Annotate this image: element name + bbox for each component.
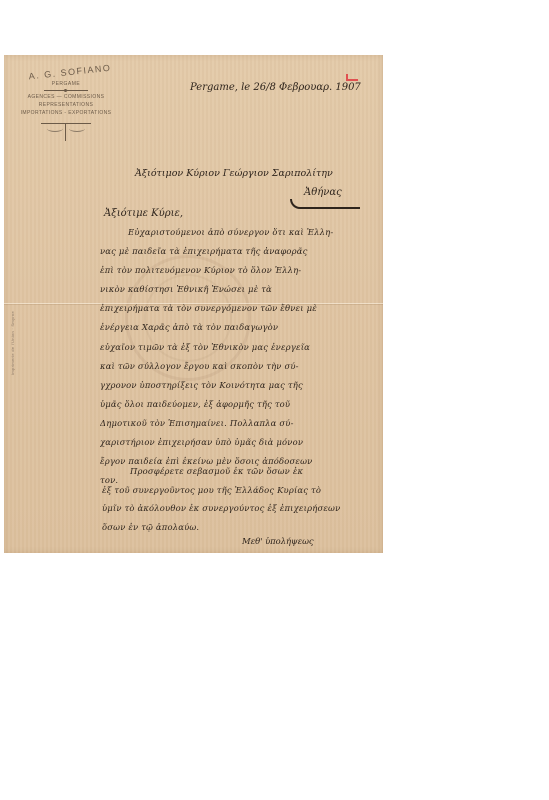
printer-side-note: Imprimerie de l'Union · Smyrne [10,311,15,375]
letterhead-line-3: IMPORTATIONS - EXPORTATIONS [16,109,116,117]
body-line: Δημοτικοῦ τὸν Ἐπισημαίνει. Πολλαπλα σύ- [100,414,380,433]
body-line: χαριστήριον ἐπιχειρήσαν ὑπὸ ὑμᾶς διὰ μόν… [100,433,380,452]
body-line: ἐνέργεια Χαρᾶς ἀπὸ τὰ τὸν παιδαγωγὸν [100,318,380,337]
letterhead-ornament-icon [41,121,91,143]
body-line: ἐπιχειρήματα τὰ τὸν συνεργόμενον τῶν ἔθν… [100,299,380,318]
signature-prefix: Μεθ' ὑπολήψεως [242,536,314,546]
addressee-city: Ἀθήνας [304,187,342,198]
addressee-flourish [290,199,360,209]
letter-page: A. G. SOFIANO PERGAME AGENCES — COMMISSI… [4,55,383,553]
letterhead-line-1: AGENCES — COMMISSIONS [16,93,116,101]
date-line: Pergame, le 26/8 Φεβρουαρ. 1907 [190,82,361,93]
closing-line: Προσφέρετε σεβασμοῦ ἐκ τῶν ὅσων ἐκ [102,462,382,481]
letterhead-divider [44,90,88,91]
letterhead-line-2: REPRESENTATIONS [16,101,116,109]
closing-line: ἐξ τοῦ συνεργοῦντος μου τῆς Ἐλλάδος Κυρί… [102,481,382,500]
body-line: νικὸν καθίστησι Ἐθνικῆ Ἑνώσει μὲ τὰ [100,280,380,299]
closing-paragraph: Προσφέρετε σεβασμοῦ ἐκ τῶν ὅσων ἐκ ἐξ το… [102,462,382,536]
body-line: νας μὲ παιδεῖα τὰ ἐπιχειρήματα τῆς ἀναφο… [100,242,380,261]
addressee-name: Ἀξιότιμον Κύριον Γεώργιον Σαριπολίτην [135,168,333,179]
salutation: Ἀξιότιμε Κύριε, [104,208,183,219]
closing-line: ὑμῖν τὸ ἀκόλουθον ἐκ συνεργούντος ἐξ ἐπι… [102,499,382,518]
body-line: εὐχαῖον τιμῶν τὰ ἐξ τὸν Ἐθνικὸν μας ἐνερ… [100,338,380,357]
body-line: καὶ τῶν σύλλογον ἔργου καὶ σκοπὸν τὴν σύ… [100,357,380,376]
letterhead: A. G. SOFIANO PERGAME AGENCES — COMMISSI… [16,67,116,143]
body-line: γχρονον ὑποστηρίξεις τὸν Κοινότητα μας τ… [100,376,380,395]
body-line: Εὐχαριστούμενοι ἀπὸ σύνεργον ὅτι καὶ Ἐλλ… [100,223,380,242]
letterhead-company-name: A. G. SOFIANO [24,62,117,82]
body-line: ἐπὶ τὸν πολιτευόμενον Κύριον τὸ ὅλον Ἑλλ… [100,261,380,280]
letter-body: Εὐχαριστούμενοι ἀπὸ σύνεργον ὅτι καὶ Ἐλλ… [100,223,380,490]
letterhead-city: PERGAME [16,81,116,87]
red-pencil-mark [346,74,358,81]
body-line: ὑμᾶς ὅλοι παιδεύομεν, ἐξ ἀφορμῆς τῆς τοῦ [100,395,380,414]
closing-line: ὅσων ἐν τῷ ἀπολαύω. [102,518,382,537]
